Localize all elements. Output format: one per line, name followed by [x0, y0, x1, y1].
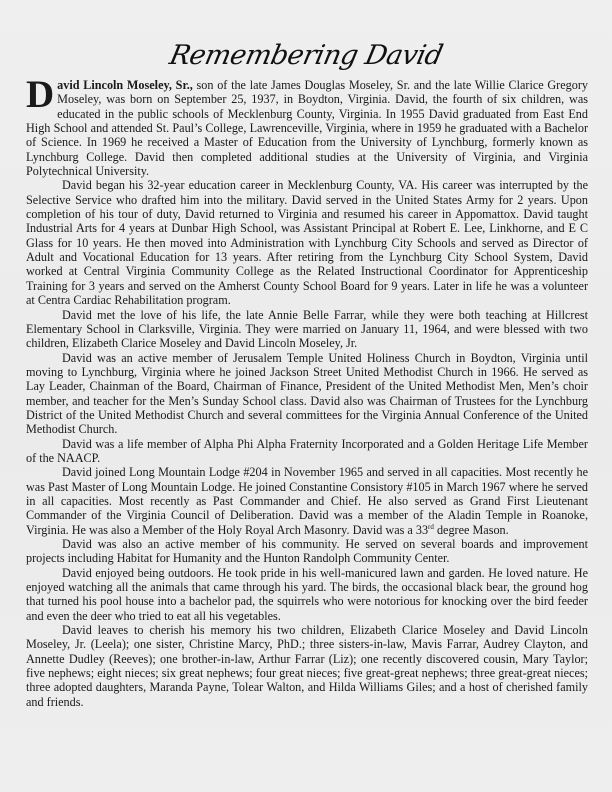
- paragraph-survivors: David leaves to cherish his memory his t…: [26, 623, 588, 709]
- paragraph-text-tail: degree Mason.: [434, 523, 509, 537]
- paragraph-masonry: David joined Long Mountain Lodge #204 in…: [26, 465, 588, 537]
- paragraph-community: David was also an active member of his c…: [26, 537, 588, 566]
- paragraph-text: son of the late James Douglas Moseley, S…: [26, 78, 588, 178]
- paragraph-early-life: David Lincoln Moseley, Sr., son of the l…: [26, 78, 588, 178]
- paragraph-outdoors: David enjoyed being outdoors. He took pr…: [26, 566, 588, 623]
- obituary-body: David Lincoln Moseley, Sr., son of the l…: [26, 78, 588, 709]
- paragraph-fraternity: David was a life member of Alpha Phi Alp…: [26, 437, 588, 466]
- memorial-page: Remembering David David Lincoln Moseley,…: [0, 0, 612, 792]
- paragraph-career: David began his 32-year education career…: [26, 178, 588, 307]
- page-title: Remembering David: [0, 40, 612, 71]
- drop-cap: D: [26, 80, 54, 110]
- paragraph-marriage: David met the love of his life, the late…: [26, 308, 588, 351]
- paragraph-church: David was an active member of Jerusalem …: [26, 351, 588, 437]
- full-name-lead: avid Lincoln Moseley, Sr.,: [57, 78, 193, 92]
